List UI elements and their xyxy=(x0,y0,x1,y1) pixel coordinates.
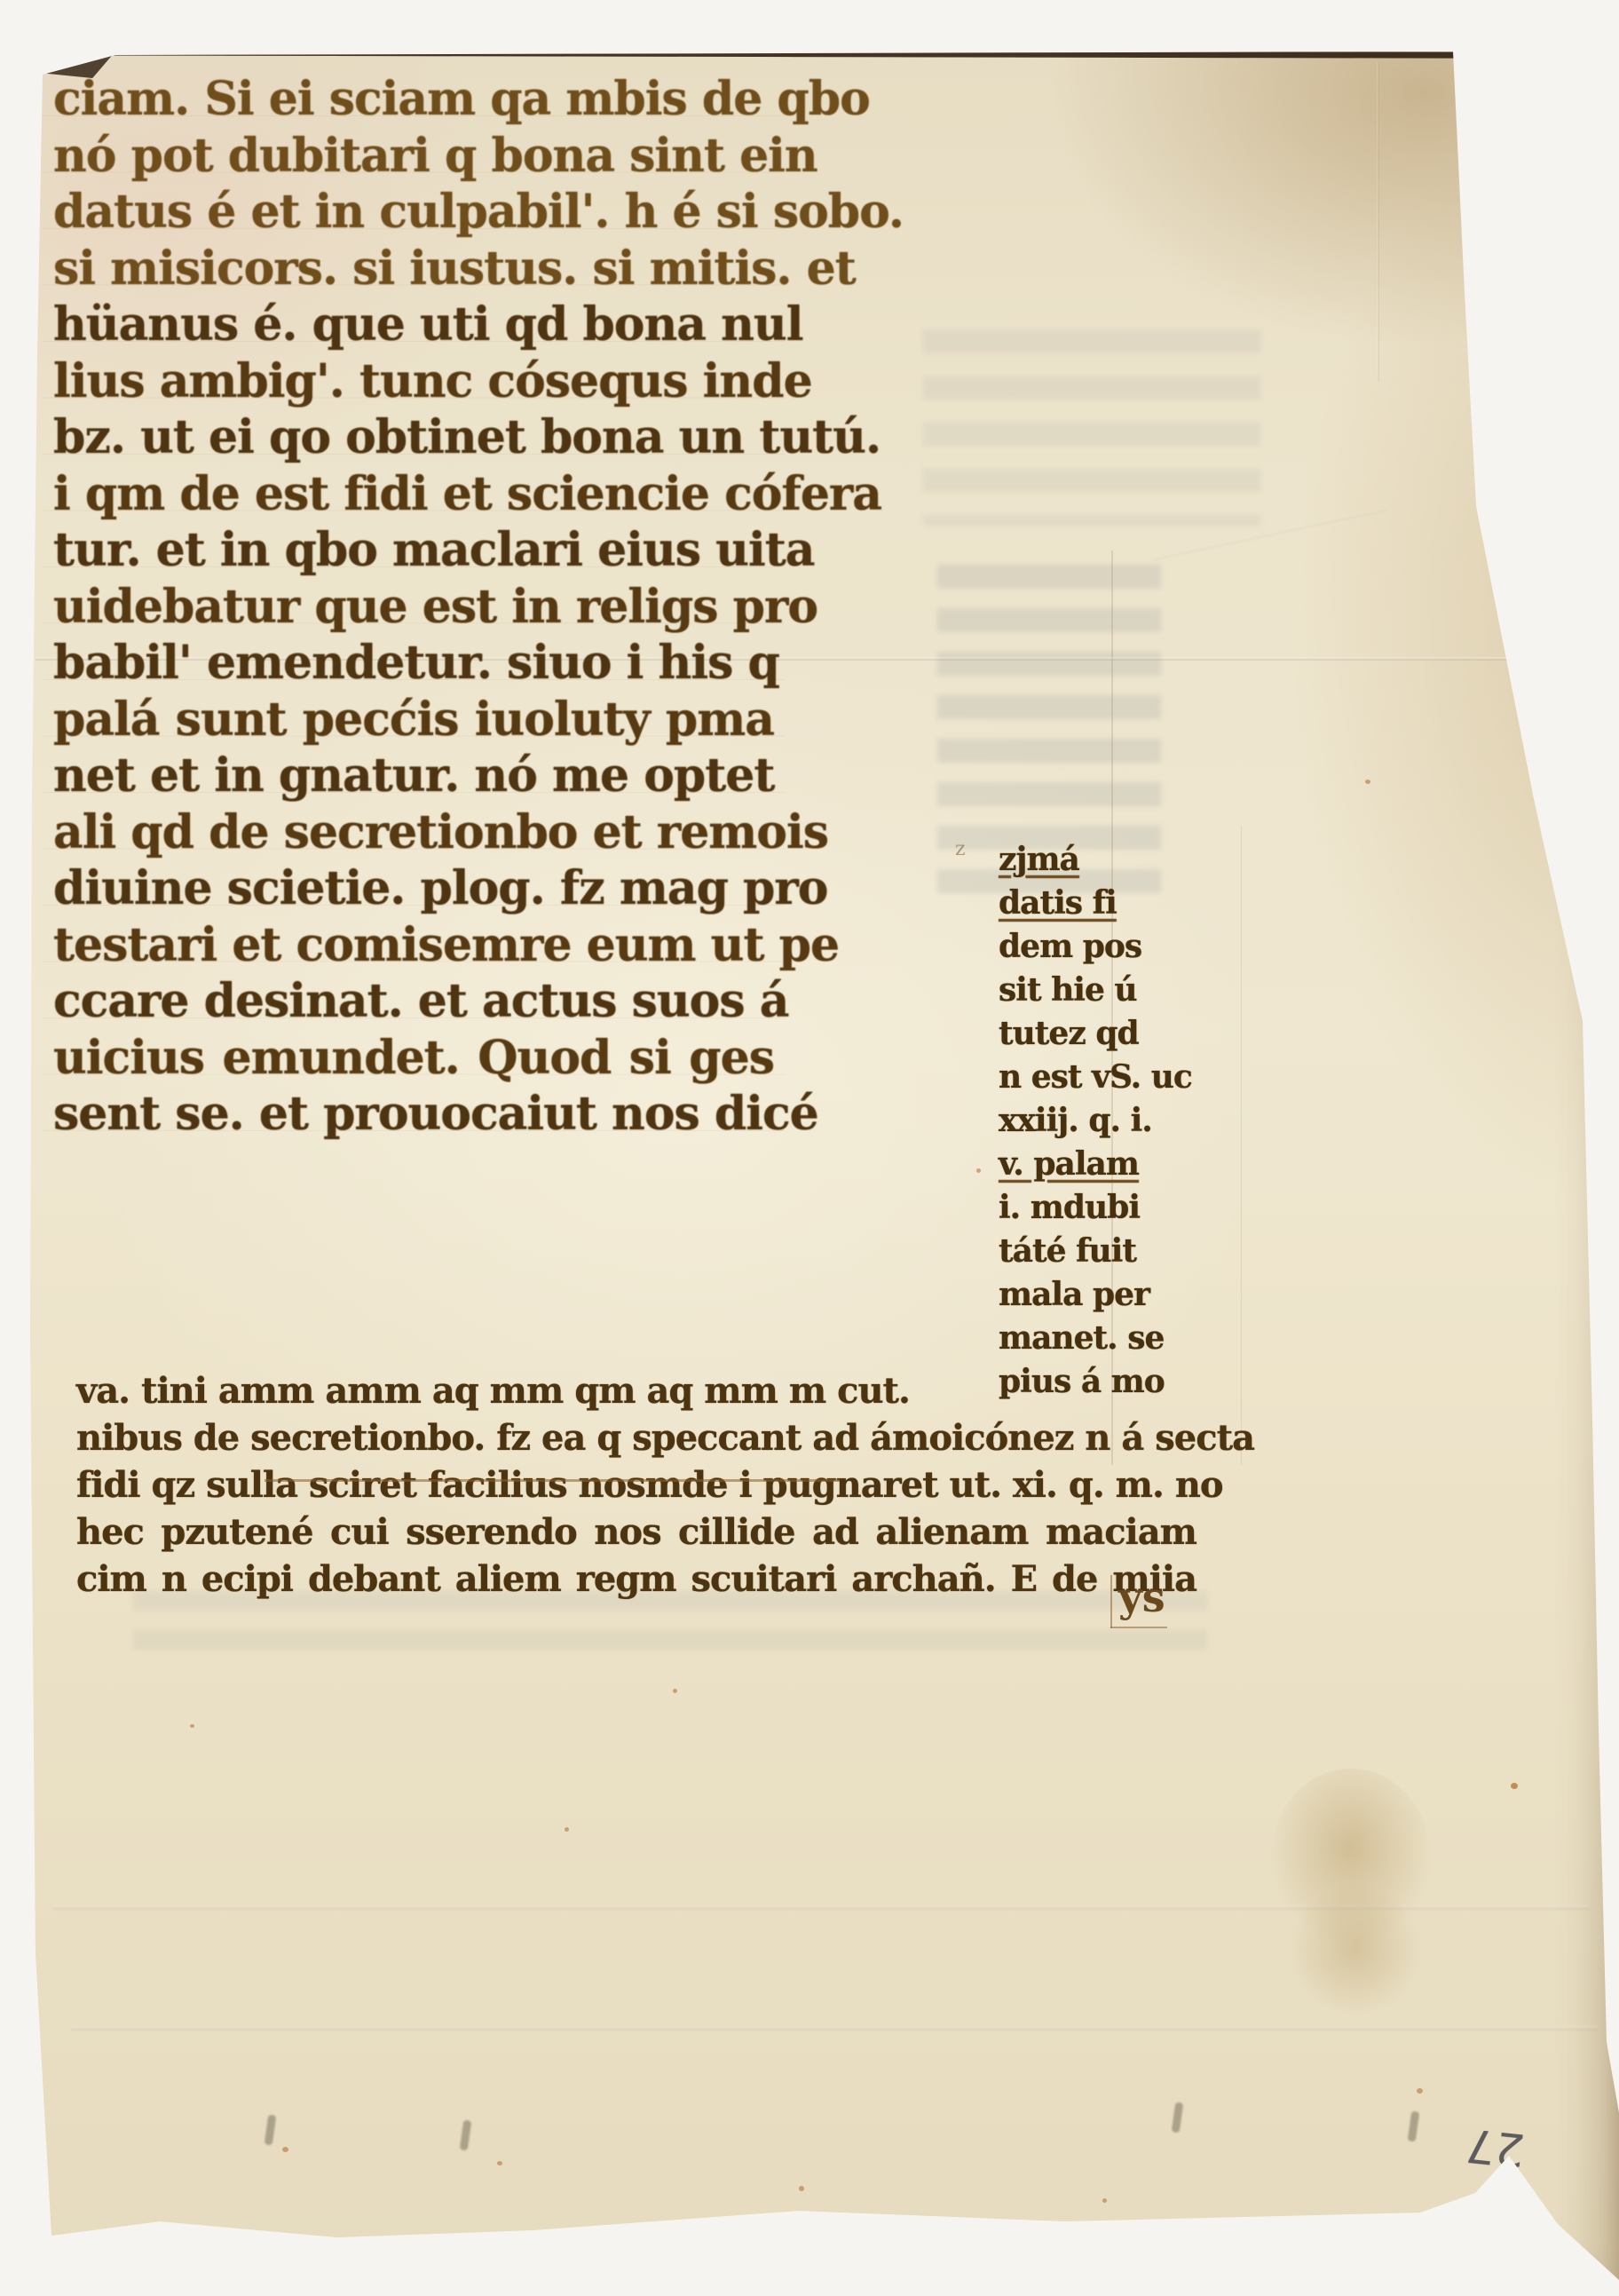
speck xyxy=(497,2161,502,2165)
text-line: mala per xyxy=(999,1273,1236,1317)
text-line: xxiij. q. i. xyxy=(999,1099,1236,1143)
speck xyxy=(1417,2088,1423,2094)
fold-crease xyxy=(71,2026,1598,2031)
ruling-corner-mark xyxy=(1110,1575,1112,1628)
stain xyxy=(1289,1882,1422,2015)
text-line: i. mdubi xyxy=(999,1186,1236,1230)
speck xyxy=(1102,2198,1107,2203)
show-through-text xyxy=(923,330,1260,526)
text-line: hüanus é. que uti qd bona nul xyxy=(53,297,774,353)
main-text-block: ciam. Si ei sciam qa mbis de qbonó pot d… xyxy=(53,71,774,1143)
folio-number-pencil: 27 xyxy=(1425,2113,1528,2176)
parchment-leaf: ciam. Si ei sciam qa mbis de qbonó pot d… xyxy=(0,0,1619,2296)
margin-sign: z xyxy=(955,838,966,860)
text-line: bz. ut ei qo obtinet bona un tutú. xyxy=(53,409,774,466)
text-line: sit hie ú xyxy=(999,969,1236,1012)
text-line: va. tini amm amm aq mm qm aq mm m cut. xyxy=(76,1367,964,1414)
ruling-vertical-line xyxy=(1241,826,1242,1465)
text-line: hec pzutené cui sserendo nos cillide ad … xyxy=(76,1508,1196,1556)
text-line: datus é et in culpabil'. h é si sobo. xyxy=(53,184,774,241)
text-line: lius ambig'. tunc cósequs inde xyxy=(53,353,774,410)
speck xyxy=(1511,1783,1518,1789)
text-line: datis fi xyxy=(999,882,1236,925)
text-line: dem pos xyxy=(999,925,1236,969)
text-line: zjmá xyxy=(999,838,1236,882)
ink-underline xyxy=(265,1479,840,1482)
speck xyxy=(190,1724,194,1728)
text-line: cim n ecipi debant aliem regm scuitari a… xyxy=(76,1556,1196,1603)
speck xyxy=(1457,126,1464,131)
text-line: sent se. et prouocaiut nos dicé xyxy=(53,1086,774,1143)
show-through-text xyxy=(133,1591,1207,1669)
text-line: babil' emendetur. siuo i his q xyxy=(53,635,774,692)
text-line: v. palam xyxy=(999,1143,1236,1186)
margin-column: zjmádatis fidem possit hie útutez qdn es… xyxy=(999,838,1236,1404)
text-line: tur. et in qbo maclari eius uita xyxy=(53,522,774,579)
speck xyxy=(976,1168,981,1173)
text-line: tutez qd xyxy=(999,1012,1236,1056)
speck xyxy=(799,2186,804,2191)
ruling-corner-mark xyxy=(1110,1627,1167,1628)
speck xyxy=(565,1827,569,1832)
scan-background: ciam. Si ei sciam qa mbis de qbonó pot d… xyxy=(0,0,1619,2296)
hair-fiber xyxy=(20,2251,88,2294)
speck xyxy=(1365,780,1370,784)
text-line: n est vS. uc xyxy=(999,1056,1236,1099)
text-line: net et in gnatur. nó me optet xyxy=(53,748,774,804)
text-line: nibus de secretionbo. fz ea q speccant a… xyxy=(76,1414,1196,1461)
text-line: i qm de est fidi et sciencie cófera xyxy=(53,466,774,523)
text-line: táté fuit xyxy=(999,1230,1236,1273)
text-line: testari et comisemre eum ut pe xyxy=(53,917,774,974)
text-line: uidebatur que est in religs pro xyxy=(53,579,774,636)
text-line: manet. se xyxy=(999,1317,1236,1360)
speck xyxy=(673,1689,677,1693)
text-line: uicius emundet. Quod si ges xyxy=(53,1030,774,1087)
text-line: diuine scietie. plog. fz mag pro xyxy=(53,860,774,917)
wrinkle xyxy=(1377,62,1379,382)
text-line: ciam. Si ei sciam qa mbis de qbo xyxy=(53,71,774,128)
quire-mark: ys xyxy=(1118,1573,1165,1621)
text-line: si misicors. si iustus. si mitis. et xyxy=(53,241,774,297)
text-line: nó pot dubitari q bona sint ein xyxy=(53,128,774,185)
bottom-text-block: va. tini amm amm aq mm qm aq mm m cut.ni… xyxy=(76,1367,1196,1603)
text-line: ali qd de secretionbo et remois xyxy=(53,804,774,861)
text-line: fidi qz sulla sciret facilius nosmde i p… xyxy=(76,1461,1196,1508)
text-line: ccare desinat. et actus suos á xyxy=(53,973,774,1030)
text-line: palá sunt pecćis iuoluty pma xyxy=(53,692,774,748)
speck xyxy=(282,2147,288,2152)
